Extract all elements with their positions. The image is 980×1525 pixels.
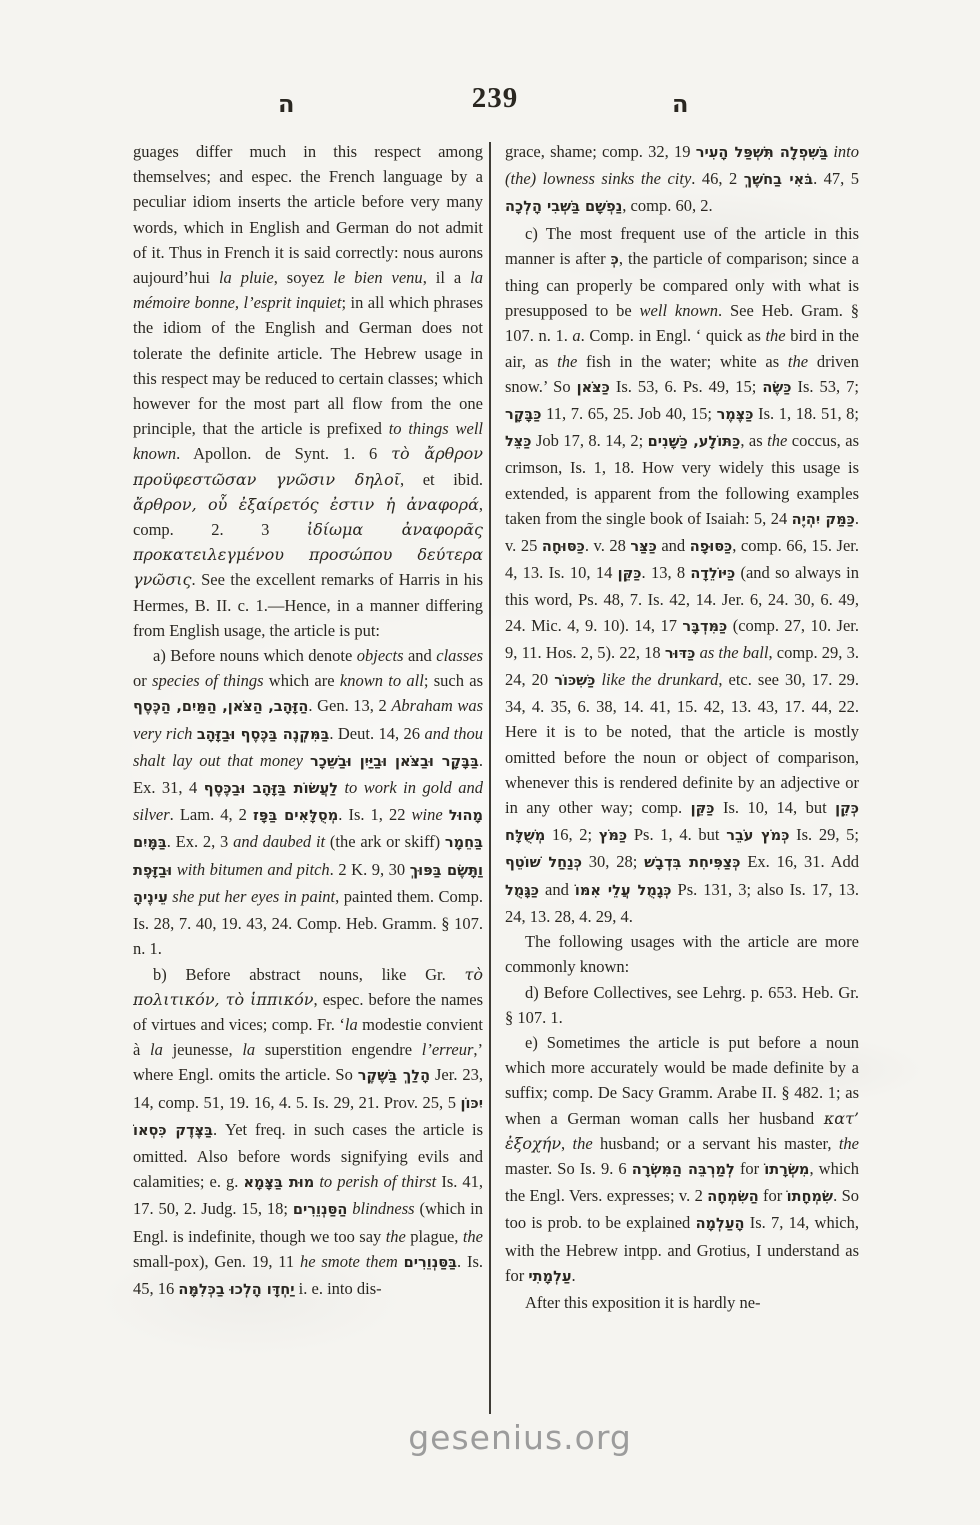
hebrew-text-run: כַּצַּר	[630, 539, 656, 555]
right-text-column: grace, shame; comp. 32, 19 בַּשִּׁפְלָה …	[505, 139, 859, 1423]
italic-text-run: the	[463, 1227, 483, 1246]
text-run: d) Before Collectives, see Lehrg. p. 653…	[505, 983, 859, 1027]
text-run: . 13, 8	[642, 563, 691, 582]
text-run: . Ex. 2, 3	[167, 832, 233, 851]
italic-text-run: wine	[412, 805, 443, 824]
paragraph: a) Before nouns which denote objects and…	[133, 643, 483, 961]
italic-text-run: he smote them	[300, 1252, 398, 1271]
text-run: or	[133, 671, 152, 690]
text-run: (the ark or skiff)	[325, 832, 445, 851]
hebrew-text-run: כְּ	[611, 252, 619, 268]
text-run	[303, 751, 310, 770]
hebrew-text-run: הָעַלְמָה	[696, 1216, 745, 1232]
italic-text-run: with bitumen and pitch	[177, 860, 330, 879]
left-text-column: guages differ much in this respect among…	[133, 139, 483, 1423]
text-run: for	[759, 1186, 787, 1205]
italic-text-run: la	[345, 1015, 358, 1034]
text-run: . v. 28	[585, 536, 631, 555]
text-run: for	[735, 1159, 764, 1178]
text-run: i. e. into dis-	[295, 1279, 382, 1298]
text-run: , il a	[423, 268, 470, 287]
hebrew-text-run: כַּמַּק יִהְיֶה	[792, 512, 855, 528]
hebrew-text-run: כַּצֵּל	[505, 434, 531, 450]
text-run: small-pox), Gen. 19, 11	[133, 1252, 300, 1271]
paragraph: The following usages with the article ar…	[505, 929, 859, 979]
hebrew-text-run: כַּצֹּאן	[577, 380, 610, 396]
italic-text-run: a	[572, 326, 580, 345]
text-run: . Deut. 14, 26	[329, 724, 424, 743]
hebrew-text-run: מִשְׂרָתוֹ	[764, 1162, 809, 1178]
hebrew-text-run: הַשִּׂמְחָה	[707, 1189, 758, 1205]
italic-text-run: well known	[640, 301, 718, 320]
hebrew-text-run: נַפְשָׁם בַּשְּׁבִי הָלְכָה	[505, 199, 622, 215]
text-run: which are	[264, 671, 340, 690]
hebrew-text-run: מוּת בַּצָּמָא	[243, 1175, 314, 1191]
hebrew-text-run: בַּבָּקָר וּבַצֹּאן וּבַיַּיִן וּבַשֵּׁכ…	[310, 754, 479, 770]
paragraph: guages differ much in this respect among…	[133, 139, 483, 643]
italic-text-run: the	[386, 1227, 406, 1246]
italic-text-run: la	[150, 1040, 163, 1059]
hebrew-text-run: עַלְמָתִי	[528, 1269, 571, 1285]
paragraph: d) Before Collectives, see Lehrg. p. 653…	[505, 980, 859, 1030]
text-run: and	[539, 880, 575, 899]
text-run: 16, 2;	[545, 825, 599, 844]
text-run: and	[657, 536, 690, 555]
italic-text-run: blindness	[352, 1199, 414, 1218]
italic-text-run: known to all	[340, 671, 424, 690]
hebrew-text-run: שִׂמְחָתוֹ	[787, 1189, 833, 1205]
hebrew-text-run: כַּבָּקָר	[505, 407, 542, 423]
hebrew-text-run: כַּסּוּחָה	[542, 539, 585, 555]
hebrew-text-run: הַזָּהָב, הַצֹּאן, הַמַּיִם, הַכֶּסֶף	[133, 699, 308, 715]
text-run: e) Sometimes the article is put before a…	[505, 1033, 859, 1128]
hebrew-text-run: כְּנַחַל שׁוֹטֵף	[505, 855, 582, 871]
paragraph: After this exposition it is hardly ne-	[505, 1290, 859, 1315]
italic-text-run: objects	[357, 646, 404, 665]
text-run: . 46, 2	[691, 169, 743, 188]
text-run: Is. 29, 5;	[789, 825, 859, 844]
paragraph: b) Before abstract nouns, like Gr. τὸ πο…	[133, 962, 483, 1304]
hebrew-text-run: כַּתּוֹלָע, כַּשָּׁנִים	[648, 434, 741, 450]
text-run: , soyez	[274, 268, 334, 287]
header-hebrew-letter-right: ה	[672, 90, 689, 118]
text-run: husband; or a servant his master,	[593, 1134, 839, 1153]
text-run: . 47, 5	[813, 169, 859, 188]
italic-text-run: the	[839, 1134, 859, 1153]
hebrew-text-run: כַּדּוּר	[665, 646, 695, 662]
hebrew-text-run: מְסֻלָּאִים בַּפָּז	[253, 808, 338, 824]
hebrew-text-run: הַסַּנְוֵרִים	[293, 1202, 348, 1218]
hebrew-text-run: כַּסּוּפָה	[690, 539, 733, 555]
text-run: and	[404, 646, 437, 665]
hebrew-text-run: יַחְדָּו הָלְכוּ בַכְּלִמָּה	[178, 1282, 294, 1298]
text-run: 11, 7. 65, 25. Job 40, 15;	[542, 404, 717, 423]
text-run: , et ibid.	[400, 470, 483, 489]
hebrew-text-run: לְמַרְבֵּה הַמִּשְׂרָה	[632, 1162, 735, 1178]
column-divider-rule	[489, 142, 491, 1414]
text-run: . Lam. 4, 2	[170, 805, 253, 824]
scanned-lexicon-page: ה 239 ה guages differ much in this respe…	[0, 0, 980, 1525]
hebrew-text-run: כַּצֶּמֶר	[717, 407, 754, 423]
italic-text-run: as the ball	[700, 643, 769, 662]
hebrew-text-run: כַּקֵּן	[691, 801, 715, 817]
text-run: plague,	[406, 1227, 463, 1246]
text-run: Is. 53, 7;	[792, 377, 859, 396]
hebrew-text-run: בֹּאִי בַחֹשֶׁךְ	[744, 172, 813, 188]
paragraph: e) Sometimes the article is put before a…	[505, 1030, 859, 1290]
text-run: The following usages with the article ar…	[505, 932, 859, 976]
hebrew-text-run: כְּצַפִּיחִת בִּדְבָשׁ	[644, 855, 740, 871]
text-run: , etc. see 30, 17. 29. 34, 4. 35, 6. 38,…	[505, 670, 859, 817]
text-run: fish in the water; white as	[577, 352, 788, 371]
greek-text-run: ἄρθρον, οὗ ἐξαίρετός ἐστιν ἡ ἀναφορά	[133, 495, 479, 514]
italic-text-run: la pluie	[219, 268, 274, 287]
text-run: superstition engendre	[255, 1040, 422, 1059]
text-run: Is. 1, 18. 51, 8;	[754, 404, 859, 423]
paragraph: c) The most frequent use of the article …	[505, 221, 859, 929]
hebrew-text-run: לַעֲשׂוֹת בַּזָּהָב וּבַכֶּסֶף	[204, 781, 338, 797]
paragraph: grace, shame; comp. 32, 19 בַּשִּׁפְלָה …	[505, 139, 859, 221]
text-run: grace, shame; comp. 32, 19	[505, 142, 696, 161]
text-run: 30, 28;	[582, 852, 644, 871]
hebrew-text-run: כַּיּוֹלֵדָה	[690, 566, 735, 582]
text-run: , comp. 60, 2.	[622, 196, 712, 215]
text-run: , as	[740, 431, 767, 450]
italic-text-run: la	[242, 1040, 255, 1059]
hebrew-text-run: כַּמֹּץ	[599, 828, 627, 844]
text-run: . Comp. in Engl. ‘ quick as	[581, 326, 766, 345]
text-run: jeunesse,	[163, 1040, 242, 1059]
hebrew-text-run: כְּגָמֻל עֲלֵי אִמּוֹ	[575, 883, 672, 899]
page-number: 239	[440, 82, 550, 115]
italic-text-run: and daubed it	[233, 832, 325, 851]
italic-text-run: to perish of thirst	[319, 1172, 436, 1191]
text-run: ; in all which phrases the idiom of the …	[133, 293, 483, 438]
italic-text-run: classes	[436, 646, 483, 665]
watermark: gesenius.org	[0, 1418, 980, 1457]
italic-text-run: the	[572, 1134, 592, 1153]
text-run: Is. 53, 6. Ps. 49, 15;	[610, 377, 762, 396]
italic-text-run: le bien venu	[333, 268, 422, 287]
italic-text-run: the	[788, 352, 808, 371]
italic-text-run: like the drunkard	[601, 670, 718, 689]
text-run: . Is. 1, 22	[338, 805, 411, 824]
text-run: a) Before nouns which denote	[153, 646, 357, 665]
text-run: ,	[561, 1134, 572, 1153]
hebrew-text-run: כְּמֹץ עֹבֵר	[726, 828, 789, 844]
hebrew-text-run: כַּקֵּן	[618, 566, 642, 582]
text-run: . Gen. 13, 2	[308, 696, 391, 715]
text-run: After this exposition it is hardly ne-	[525, 1293, 761, 1312]
header-hebrew-letter-left: ה	[278, 90, 295, 118]
italic-text-run: species of things	[152, 671, 263, 690]
text-run: . Apollon. de Synt. 1. 6	[176, 444, 391, 463]
hebrew-text-run: בַּשִּׁפְלָה תִּשְׁפַּל הָעִיר	[696, 145, 828, 161]
text-run: guages differ much in this respect among…	[133, 142, 483, 287]
hebrew-text-run: בַּמִּקְנֶה בַּכֶּסֶף וּבַזָּהָב	[197, 727, 330, 743]
hebrew-text-run: כַּמִּדְבָּר	[682, 619, 727, 635]
italic-text-run: l’erreur	[422, 1040, 474, 1059]
text-run: Ps. 1, 4. but	[627, 825, 726, 844]
hebrew-text-run: הָלַךְ בַּשֶּׁקֶר	[358, 1068, 430, 1084]
text-run: master. So Is. 9. 6	[505, 1159, 632, 1178]
text-run: .	[572, 1266, 576, 1285]
text-run: ; such as	[424, 671, 483, 690]
text-run: Job 17, 8. 14, 2;	[531, 431, 647, 450]
text-run: b) Before abstract nouns, like Gr.	[153, 965, 465, 984]
italic-text-run: she put her eyes in paint	[172, 887, 335, 906]
hebrew-text-run: כַּשִּׁכּוֹר	[554, 673, 595, 689]
hebrew-text-run: כַּשֶּׂה	[762, 380, 791, 396]
text-run: Is. 10, 14, but	[715, 798, 836, 817]
text-run: Ex. 16, 31. Add	[741, 852, 859, 871]
text-run: . 2 K. 9, 30	[330, 860, 410, 879]
italic-text-run: the	[767, 431, 787, 450]
italic-text-run: the	[557, 352, 577, 371]
italic-text-run: the	[765, 326, 785, 345]
hebrew-text-run: כַּגָּמֻל	[505, 883, 539, 899]
hebrew-text-run: בַּסַּנְוֵרִים	[404, 1255, 457, 1271]
